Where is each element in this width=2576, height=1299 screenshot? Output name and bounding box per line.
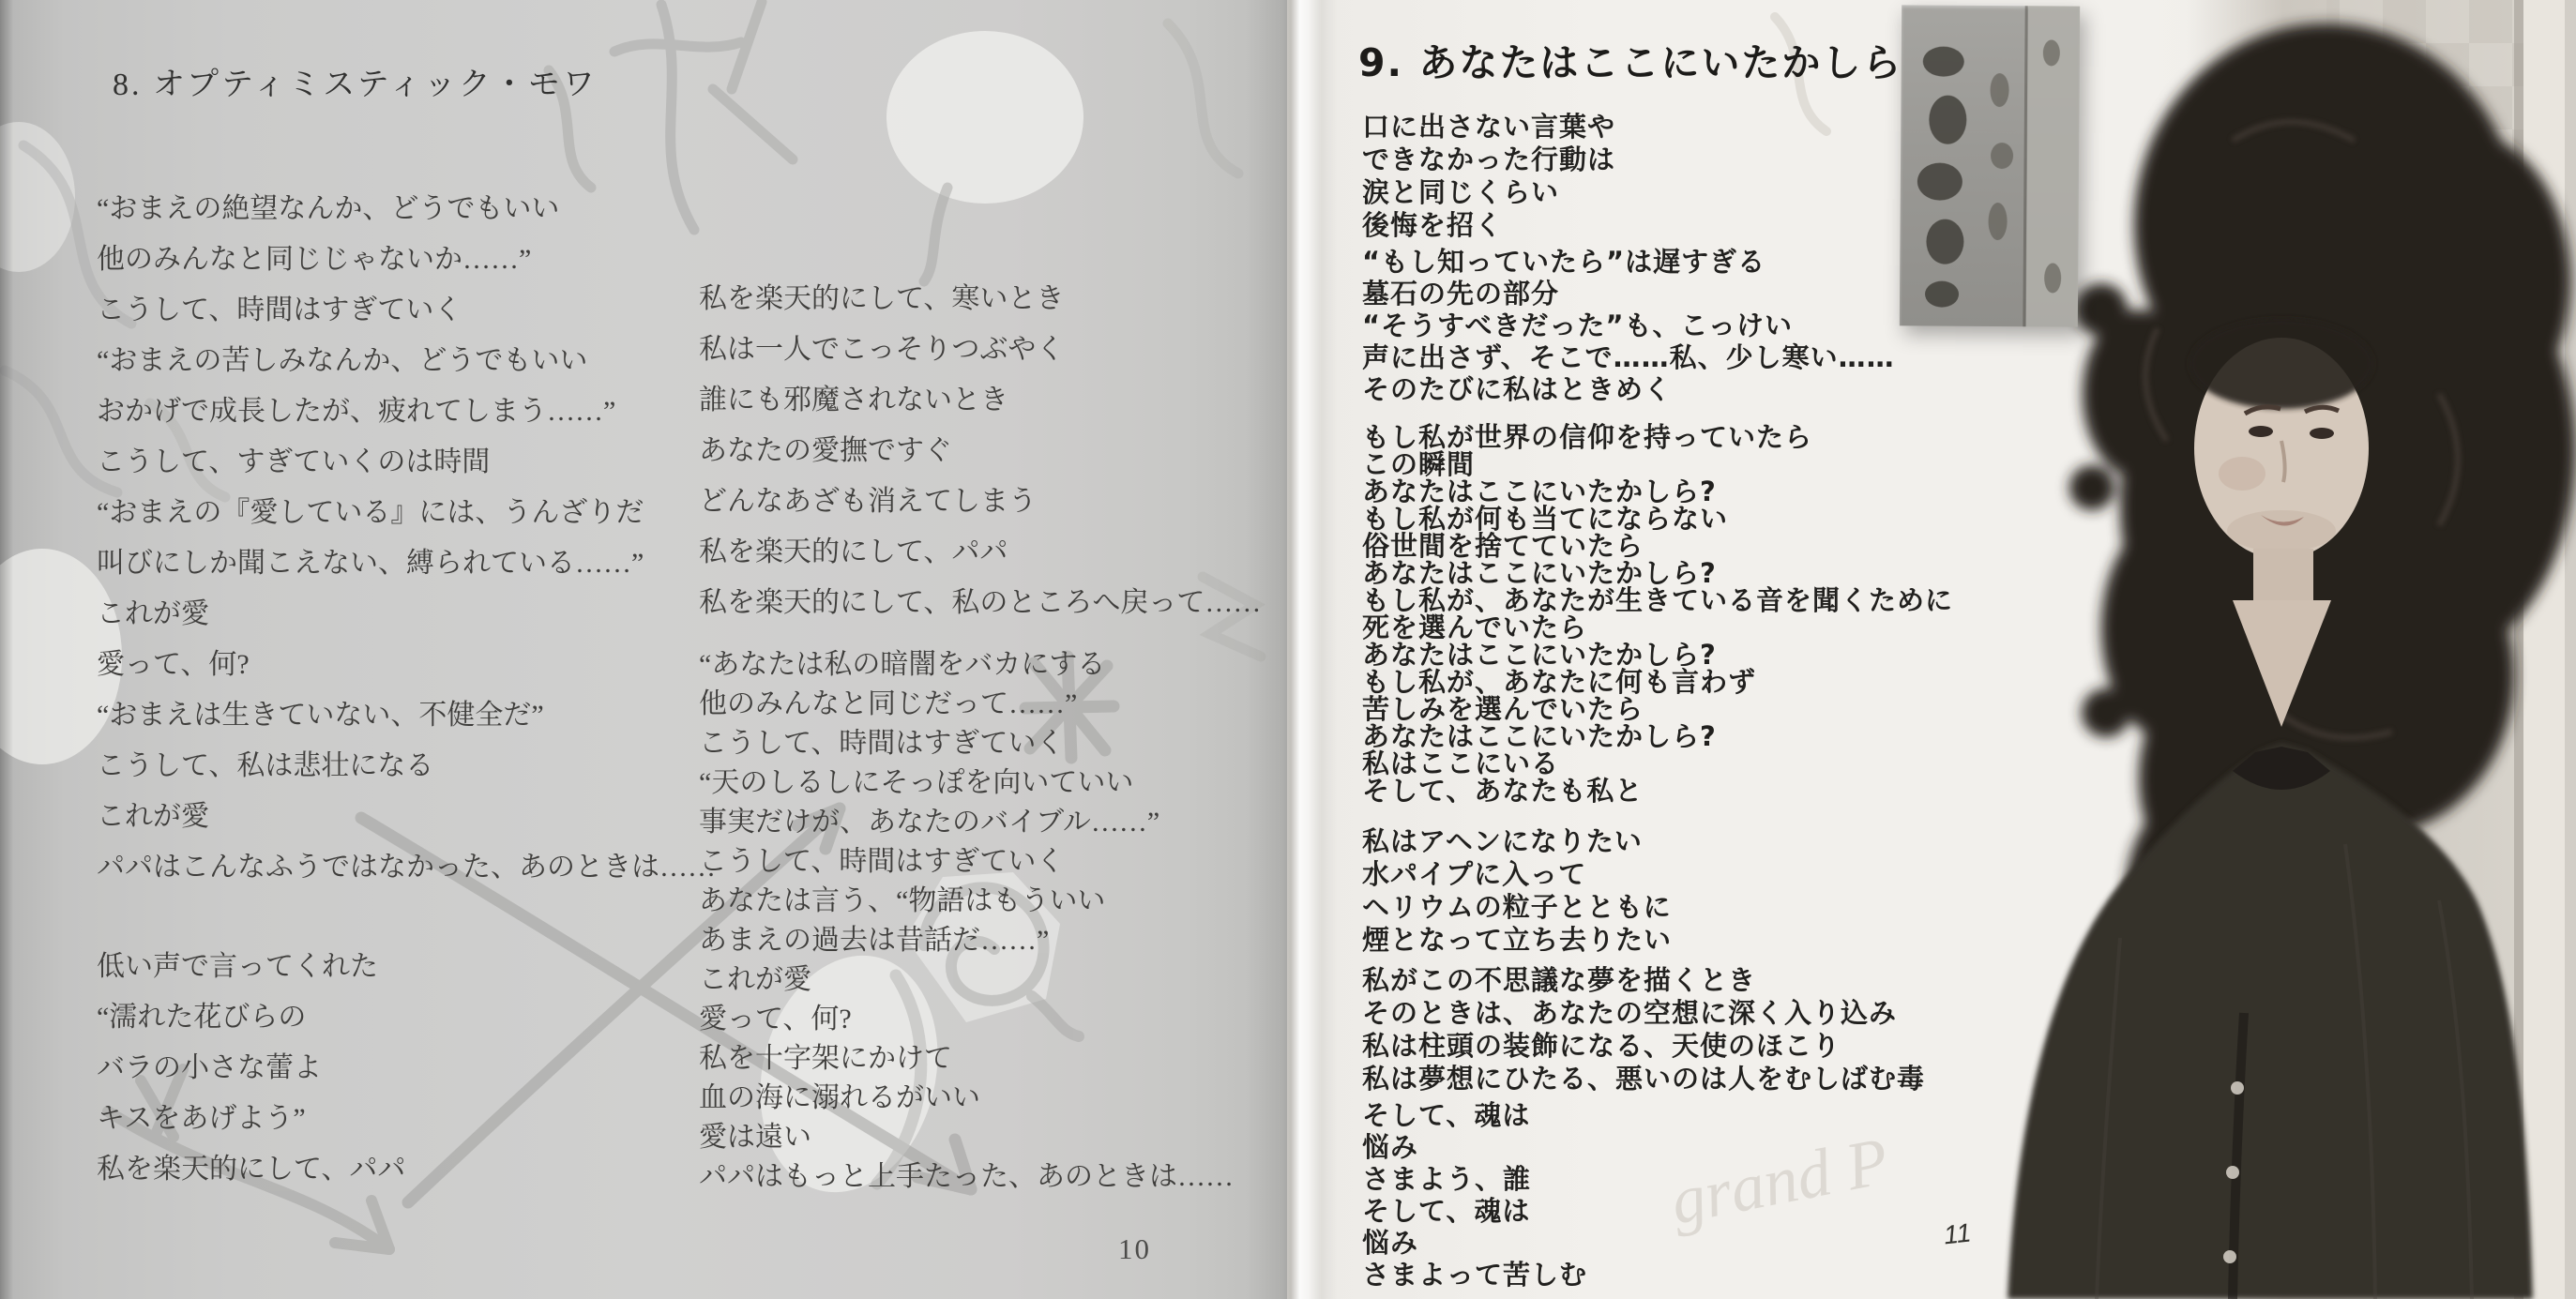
lyric-line: これが愛 bbox=[699, 960, 1234, 1000]
lyric-line: もし私が、あなたに何も言わず bbox=[1362, 669, 1953, 696]
lyric-line: 墓石の先の部分 bbox=[1362, 278, 1895, 310]
lyric-line: 私は夢想にひたる、悪いのは人をむしばむ毒 bbox=[1362, 1063, 1925, 1095]
lyric-line: おかげで成長したが、疲れてしまう……” bbox=[97, 386, 716, 437]
lyric-line: 死を選んでいたら bbox=[1362, 614, 1953, 642]
tape-print-marks bbox=[1900, 5, 2080, 326]
lyric-line: 愛は遠い bbox=[699, 1118, 1234, 1157]
lyric-line: この瞬間 bbox=[1362, 451, 1953, 478]
lyric-line: “おまえは生きていない、不健全だ” bbox=[97, 690, 716, 741]
lyric-line: そのたびに私はときめく bbox=[1362, 373, 1895, 405]
lyric-line: 血の海に溺れるがいい bbox=[699, 1079, 1234, 1118]
button bbox=[2223, 1250, 2236, 1263]
lyric-line: 私を楽天的にして、私のところへ戻って…… bbox=[699, 578, 1261, 628]
lyric-line: こうして、時間はすぎていく bbox=[97, 285, 716, 336]
lyric-line: “濡れた花びらの bbox=[97, 992, 405, 1043]
lyric-line: あなたはここにいたかしら? bbox=[1362, 642, 1953, 669]
lyric-line: 叫びにしか聞こえない、縛られている……” bbox=[97, 538, 716, 589]
lyric-line: 低い声で言ってくれた bbox=[97, 942, 405, 992]
lyric-line: あまえの過去は昔話だ……” bbox=[699, 921, 1234, 960]
lyric-line: ヘリウムの粒子とともに bbox=[1362, 891, 1672, 924]
face bbox=[2190, 319, 2373, 559]
lyric-line: さまよう、誰 bbox=[1362, 1163, 1587, 1195]
lyric-line: 他のみんなと同じじゃないか……” bbox=[97, 234, 716, 285]
lyric-line: 私は柱頭の装飾になる、天使のほこり bbox=[1362, 1030, 1925, 1063]
button bbox=[2231, 1081, 2244, 1095]
lyric-line: どんなあざも消えてしまう bbox=[699, 476, 1261, 527]
lyric-line: 私はここにいる bbox=[1362, 750, 1953, 778]
lyric-line: “おまえの絶望なんか、どうでもいい bbox=[97, 184, 716, 234]
lyric-line: こうして、私は悲壮になる bbox=[97, 741, 716, 792]
right-stanza2: “もし知っていたら”は遅すぎる墓石の先の部分“そうすべきだった”も、こっけい声に… bbox=[1362, 246, 1895, 405]
right-stanza4: 私はアヘンになりたい水パイプに入ってヘリウムの粒子とともに煙となって立ち去りたい bbox=[1362, 825, 1672, 957]
lyric-line: 私を楽天的にして、パパ bbox=[97, 1144, 405, 1195]
lyric-line: あなたは言う、“物語はもういい bbox=[699, 882, 1234, 921]
lyric-line: “あなたは私の暗闇をバカにする bbox=[699, 645, 1234, 685]
lyric-line: そして、魂は bbox=[1362, 1099, 1587, 1131]
lyric-line: 私を十字架にかけて bbox=[699, 1039, 1234, 1079]
eye bbox=[2310, 428, 2334, 439]
lyric-line: これが愛 bbox=[97, 792, 716, 842]
page-number-left: 10 bbox=[1118, 1232, 1151, 1266]
right-stanza1: 口に出さない言葉やできなかった行動は涙と同じくらい後悔を招く bbox=[1362, 111, 1615, 242]
lyric-line: さまよって苦しむ bbox=[1362, 1259, 1587, 1291]
left-column1-stanza2: 低い声で言ってくれた“濡れた花びらのバラの小さな蕾よキスをあげよう”私を楽天的に… bbox=[97, 942, 405, 1195]
left-edge-shadow bbox=[0, 0, 13, 1299]
lyric-line: できなかった行動は bbox=[1362, 143, 1615, 176]
right-stanza3: もし私が世界の信仰を持っていたらこの瞬間あなたはここにいたかしら?もし私が何も当… bbox=[1362, 424, 1953, 805]
lyric-line: 声に出さず、そこで……私、少し寒い…… bbox=[1362, 341, 1895, 373]
button bbox=[2226, 1166, 2239, 1179]
lyric-line: 誰にも邪魔されないとき bbox=[699, 375, 1261, 426]
left-column1-stanza1: “おまえの絶望なんか、どうでもいい他のみんなと同じじゃないか……”こうして、時間… bbox=[97, 184, 716, 893]
lyric-line: バラの小さな蕾よ bbox=[97, 1043, 405, 1094]
left-song-title: 8. オプティミスティック・モワ bbox=[113, 58, 598, 104]
lyric-line: あなたはここにいたかしら? bbox=[1362, 478, 1953, 506]
lyric-line: あなたはここにいたかしら? bbox=[1362, 560, 1953, 587]
lyric-line: 口に出さない言葉や bbox=[1362, 111, 1615, 143]
right-stanza6: そして、魂は悩みさまよう、誰そして、魂は悩みさまよって苦しむ bbox=[1362, 1099, 1587, 1291]
lyric-line: そして、あなたも私と bbox=[1362, 778, 1953, 805]
lyric-line: パパはこんなふうではなかった、あのときは…… bbox=[97, 842, 716, 893]
lyric-line: こうして、時間はすぎていく bbox=[699, 724, 1234, 763]
lyric-line: “おまえの苦しみなんか、どうでもいい bbox=[97, 336, 716, 386]
lyric-line: こうして、時間はすぎていく bbox=[699, 842, 1234, 882]
lyric-line: 愛って、何? bbox=[97, 640, 716, 690]
lyric-line: 私を楽天的にして、寒いとき bbox=[699, 274, 1261, 325]
page-number-right: 11 bbox=[1942, 1218, 1972, 1251]
lyric-line: 事実だけが、あなたのバイブル……” bbox=[699, 803, 1234, 842]
lyric-line: 苦しみを選んでいたら bbox=[1362, 696, 1953, 723]
left-column2-stanza2: “あなたは私の暗闇をバカにする他のみんなと同じだって……”こうして、時間はすぎて… bbox=[699, 645, 1234, 1197]
right-song-title: 9. あなたはここにいたかしら? bbox=[1358, 32, 1927, 87]
lyric-line: あなたの愛撫ですぐ bbox=[699, 426, 1261, 476]
lyric-line: もし私が世界の信仰を持っていたら bbox=[1362, 424, 1953, 451]
lyric-line: 俗世間を捨てていたら bbox=[1362, 533, 1953, 560]
lyric-line: “もし知っていたら”は遅すぎる bbox=[1362, 246, 1895, 278]
booklet-scan: { "booklet": { "left_page": { "page_numb… bbox=[0, 0, 2576, 1299]
lyric-line: 愛って、何? bbox=[699, 1000, 1234, 1039]
lyric-line: パパはもっと上手たった、あのときは…… bbox=[699, 1157, 1234, 1197]
lyric-line: 私は一人でこっそりつぶやく bbox=[699, 325, 1261, 375]
lyric-line: 私を楽天的にして、パパ bbox=[699, 527, 1261, 578]
lyric-line: 後悔を招く bbox=[1362, 209, 1615, 242]
lyric-line: 煙となって立ち去りたい bbox=[1362, 924, 1672, 957]
tape-scrap bbox=[1900, 5, 2080, 326]
lyric-line: 悩み bbox=[1362, 1227, 1587, 1259]
lyric-line: あなたはここにいたかしら? bbox=[1362, 723, 1953, 750]
lyric-line: 私はアヘンになりたい bbox=[1362, 825, 1672, 858]
right-stanza5: 私がこの不思議な夢を描くときそのときは、あなたの空想に深く入り込み私は柱頭の装飾… bbox=[1362, 964, 1925, 1095]
lyric-line: 涙と同じくらい bbox=[1362, 176, 1615, 209]
lyric-line: これが愛 bbox=[97, 589, 716, 640]
lyric-line: そのときは、あなたの空想に深く入り込み bbox=[1362, 997, 1925, 1030]
lyric-line: 水パイプに入って bbox=[1362, 858, 1672, 891]
lyric-line: もし私が、あなたが生きている音を聞くために bbox=[1362, 587, 1953, 614]
lyric-line: “天のしるしにそっぽを向いていい bbox=[699, 763, 1234, 803]
lyric-line: もし私が何も当てにならない bbox=[1362, 506, 1953, 533]
lyric-line: “おまえの『愛している』には、うんざりだ bbox=[97, 488, 716, 538]
lyric-line: こうして、すぎていくのは時間 bbox=[97, 437, 716, 488]
left-column2-stanza1: 私を楽天的にして、寒いとき私は一人でこっそりつぶやく誰にも邪魔されないときあなた… bbox=[699, 274, 1261, 628]
white-blob-doodle bbox=[886, 31, 1083, 204]
lyric-line: 私がこの不思議な夢を描くとき bbox=[1362, 964, 1925, 997]
eye bbox=[2249, 426, 2273, 437]
lyric-line: キスをあげよう” bbox=[97, 1094, 405, 1144]
lyric-line: そして、魂は bbox=[1362, 1195, 1587, 1227]
lyric-line: 悩み bbox=[1362, 1131, 1587, 1163]
lyric-line: 他のみんなと同じだって……” bbox=[699, 685, 1234, 724]
lyric-line: “そうすべきだった”も、こっけい bbox=[1362, 310, 1895, 341]
